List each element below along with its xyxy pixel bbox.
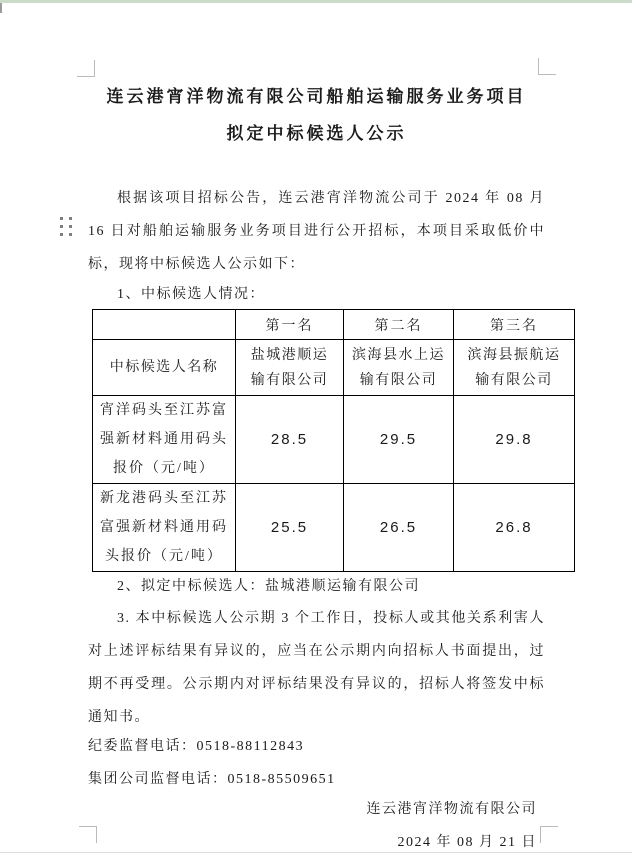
signoff-company: 连云港宵洋物流有限公司 xyxy=(88,793,545,826)
phone-line-discipline: 纪委监督电话：0518-88112843 xyxy=(88,730,545,763)
header-cell-second: 第二名 xyxy=(344,310,454,340)
dot xyxy=(60,225,63,228)
drag-handle-icon[interactable] xyxy=(60,217,72,236)
row-label: 宵洋码头至江苏富强新材料通用码头报价（元/吨） xyxy=(93,396,236,484)
phone-line-group: 集团公司监督电话：0518-85509651 xyxy=(88,763,545,796)
table-cell: 滨海县振航运输有限公司 xyxy=(454,340,575,396)
intro-paragraph: 根据该项目招标公告，连云港宵洋物流公司于 2024 年 08 月 16 日对船舶… xyxy=(88,182,545,281)
table-cell: 26.5 xyxy=(344,484,454,572)
dot xyxy=(69,233,72,236)
table-row-price-xiaoyang: 宵洋码头至江苏富强新材料通用码头报价（元/吨） 28.5 29.5 29.8 xyxy=(93,396,575,484)
dot xyxy=(69,217,72,220)
list-item-3: 3. 本中标候选人公示期 3 个工作日，投标人或其他关系利害人对上述评标结果有异… xyxy=(88,602,545,734)
table-cell: 29.5 xyxy=(344,396,454,484)
row-label: 中标候选人名称 xyxy=(93,340,236,396)
header-cell-empty xyxy=(93,310,236,340)
table-header-row: 第一名 第二名 第三名 xyxy=(93,310,575,340)
document-title: 连云港宵洋物流有限公司船舶运输服务业务项目 拟定中标候选人公示 xyxy=(88,78,545,152)
title-line-1: 连云港宵洋物流有限公司船舶运输服务业务项目 xyxy=(107,87,527,106)
window-left-notch xyxy=(0,3,2,13)
table-cell: 滨海县水上运输有限公司 xyxy=(344,340,454,396)
table-row-price-xinlonggang: 新龙港码头至江苏富强新材料通用码头报价（元/吨） 25.5 26.5 26.8 xyxy=(93,484,575,572)
table-cell: 26.8 xyxy=(454,484,575,572)
document-page: 连云港宵洋物流有限公司船舶运输服务业务项目 拟定中标候选人公示 根据该项目招标公… xyxy=(0,0,632,857)
dot xyxy=(60,233,63,236)
list-item-1: 1、中标候选人情况： xyxy=(88,281,545,309)
header-cell-first: 第一名 xyxy=(236,310,344,340)
table-cell: 盐城港顺运输有限公司 xyxy=(236,340,344,396)
header-cell-third: 第三名 xyxy=(454,310,575,340)
table-cell: 29.8 xyxy=(454,396,575,484)
row-label: 新龙港码头至江苏富强新材料通用码头报价（元/吨） xyxy=(93,484,236,572)
candidates-table: 第一名 第二名 第三名 中标候选人名称 盐城港顺运输有限公司 滨海县水上运输有限… xyxy=(92,309,575,572)
table-row-candidate-names: 中标候选人名称 盐城港顺运输有限公司 滨海县水上运输有限公司 滨海县振航运输有限… xyxy=(93,340,575,396)
document-content: 连云港宵洋物流有限公司船舶运输服务业务项目 拟定中标候选人公示 根据该项目招标公… xyxy=(88,0,545,857)
dot xyxy=(60,217,63,220)
dot xyxy=(69,225,72,228)
page-bottom-edge xyxy=(0,852,632,853)
table-cell: 28.5 xyxy=(236,396,344,484)
title-line-2: 拟定中标候选人公示 xyxy=(227,124,407,143)
list-item-2: 2、拟定中标候选人：盐城港顺运输有限公司 xyxy=(88,572,545,602)
table-cell: 25.5 xyxy=(236,484,344,572)
